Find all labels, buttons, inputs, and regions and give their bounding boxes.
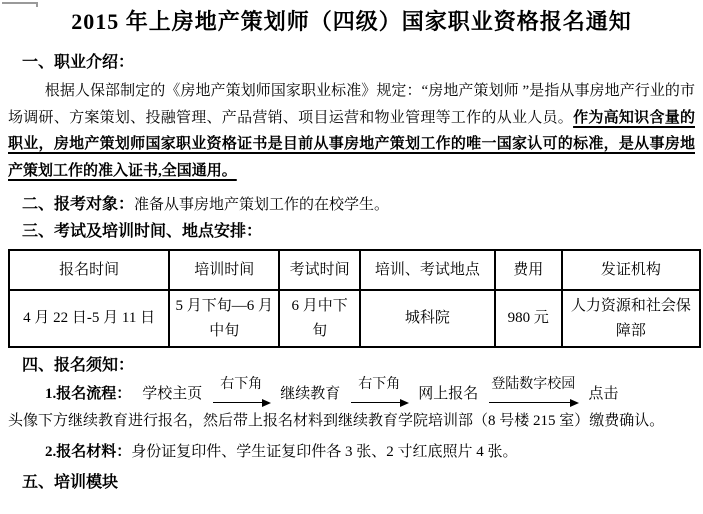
- table-row: 4 月 22 日-5 月 11 日 5 月下旬—6 月中旬 6 月中下旬 城科院…: [9, 290, 700, 347]
- right-arrow-icon: [489, 393, 577, 403]
- arrow-label: 右下角: [356, 377, 402, 393]
- materials-text: 身份证复印件、学生证复印件各 3 张、2 寸红底照片 4 张。: [131, 444, 517, 460]
- table-header-cell: 费用: [495, 250, 562, 290]
- section-5-heading: 五、培训模块: [8, 471, 695, 495]
- table-header-cell: 考试时间: [279, 250, 360, 290]
- page-title: 2015 年上房地产策划师（四级）国家职业资格报名通知: [8, 0, 695, 37]
- schedule-table: 报名时间 培训时间 考试时间 培训、考试地点 费用 发证机构 4 月 22 日-…: [8, 249, 701, 348]
- arrow-label: 右下角: [218, 377, 264, 393]
- table-cell: 人力资源和社会保障部: [562, 290, 700, 347]
- flow-step-click: 点击: [588, 382, 618, 403]
- table-header-row: 报名时间 培训时间 考试时间 培训、考试地点 费用 发证机构: [9, 250, 700, 290]
- arrow-label: 登陆数字校园: [489, 377, 577, 393]
- section-2-heading: 二、报考对象：: [22, 196, 134, 213]
- flow-arrow-group: 右下角: [213, 377, 269, 403]
- materials-label: 2.报名材料：: [45, 444, 131, 460]
- table-header-cell: 报名时间: [9, 250, 169, 290]
- document-page: 2015 年上房地产策划师（四级）国家职业资格报名通知 一、职业介绍： 根据人保…: [0, 0, 703, 514]
- table-cell: 4 月 22 日-5 月 11 日: [9, 290, 169, 347]
- intro-paragraph: 根据人保部制定的《房地产策划师国家职业标准》规定：“房地产策划师 ”是指从事房地…: [8, 78, 695, 184]
- registration-flow: 1.报名流程： 学校主页 右下角 继续教育 右下角 网上报名 登陆数字校园 点击: [45, 382, 695, 403]
- section-3-heading: 三、考试及培训时间、地点安排：: [8, 220, 695, 244]
- section-2-text: 准备从事房地产策划工作的在校学生。: [134, 197, 389, 213]
- table-header-cell: 培训、考试地点: [360, 250, 495, 290]
- table-header-cell: 发证机构: [562, 250, 700, 290]
- table-cell: 城科院: [360, 290, 495, 347]
- flow-continuation-text: 头像下方继续教育进行报名，然后带上报名材料到继续教育学院培训部（8 号楼 215…: [8, 408, 695, 434]
- table-cell: 980 元: [495, 290, 562, 347]
- table-cell: 5 月下旬—6 月中旬: [169, 290, 279, 347]
- flow-step-online-registration: 网上报名: [418, 382, 478, 403]
- page-corner-mark: [2, 2, 38, 7]
- table-header-cell: 培训时间: [169, 250, 279, 290]
- section-2-row: 二、报考对象：准备从事房地产策划工作的在校学生。: [8, 193, 695, 217]
- flow-arrow-group: 登陆数字校园: [489, 377, 577, 403]
- flow-label: 1.报名流程：: [45, 382, 131, 403]
- section-4-heading: 四、报名须知：: [8, 354, 695, 378]
- flow-step-continuing-education: 继续教育: [280, 382, 340, 403]
- section-1-heading: 一、职业介绍：: [8, 51, 695, 75]
- flow-arrow-group: 右下角: [351, 377, 407, 403]
- right-arrow-icon: [213, 393, 269, 403]
- flow-step-school-homepage: 学校主页: [142, 382, 202, 403]
- right-arrow-icon: [351, 393, 407, 403]
- table-cell: 6 月中下旬: [279, 290, 360, 347]
- materials-row: 2.报名材料：身份证复印件、学生证复印件各 3 张、2 寸红底照片 4 张。: [45, 440, 695, 464]
